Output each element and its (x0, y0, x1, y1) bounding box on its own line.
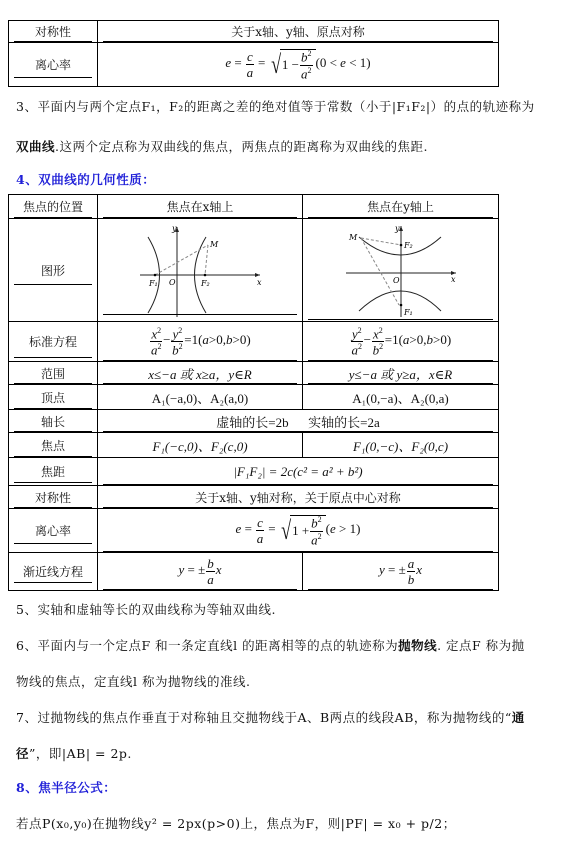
header-foci-on-x: 焦点在x轴上 (98, 195, 303, 219)
label-asymptote: 渐近线方程 (9, 553, 98, 591)
asymptote-y: y = ±abx (303, 553, 499, 591)
foci-y: F₁(0,−c)、F₂(0,c) (303, 433, 499, 458)
label-axis-length: 轴长 (9, 410, 98, 433)
label-standard-equation: 标准方程 (9, 322, 98, 362)
graph-y-cell: y x O F₂ F₁ M (303, 219, 499, 322)
header-focus-position: 焦点的位置 (9, 195, 98, 219)
range-x: x≤−a 或 x≥a，y∈R (98, 362, 303, 385)
svg-text:M: M (209, 240, 219, 249)
asymptote-x: y = ±bax (98, 553, 303, 591)
svg-text:F₂: F₂ (200, 279, 210, 288)
svg-text:y: y (171, 224, 177, 233)
symmetry-value: 关于x轴、y轴对称，关于原点中心对称 (98, 486, 499, 509)
svg-text:O: O (169, 278, 176, 287)
label-range: 范围 (9, 362, 98, 385)
svg-text:F₁: F₁ (148, 279, 158, 288)
std-eq-x: x2a2−y2b2=1(a>0,b>0) (98, 322, 303, 362)
paragraph-7-line-2: 径”，即|AB| = 2p. (16, 744, 132, 762)
label-symmetry-hyperbola: 对称性 (9, 486, 98, 509)
ellipse-properties-table-tail: 对称性 关于x轴、y轴、原点对称 离心率 e = ca = √1 − b2a2(… (8, 20, 499, 87)
label-eccentricity-hyperbola: 离心率 (9, 509, 98, 553)
svg-text:O: O (393, 276, 400, 285)
focal-distance-value: |F₁F₂| = 2c(c² = a² + b²) (98, 458, 499, 486)
header-foci-on-y: 焦点在y轴上 (303, 195, 499, 219)
section-8-title: 8、焦半径公式： (16, 778, 116, 796)
paragraph-8: 若点P(x₀,y₀)在抛物线y² = 2px(p>0)上，焦点为F，则|PF| … (16, 814, 456, 832)
svg-text:F₁: F₁ (403, 308, 413, 317)
eccentricity-value: e = ca = √1 + b2a2(e > 1) (98, 509, 499, 553)
paragraph-3-line-2: 双曲线.这两个定点称为双曲线的焦点，两焦点的距离称为双曲线的焦距. (16, 137, 428, 155)
paragraph-5: 5、实轴和虚轴等长的双曲线称为等轴双曲线. (16, 600, 276, 618)
svg-text:x: x (257, 278, 262, 287)
foci-x: F₁(−c,0)、F₂(c,0) (98, 433, 303, 458)
hyperbola-properties-table: 焦点的位置 焦点在x轴上 焦点在y轴上 图形 y x O F₁ F₂ M (8, 194, 499, 591)
label-graph: 图形 (9, 219, 98, 322)
svg-text:x: x (451, 275, 456, 284)
paragraph-6-line-2: 物线的焦点，定直线l 称为抛物线的准线. (16, 672, 250, 690)
vertices-y: A₁(0,−a)、A₂(0,a) (303, 385, 499, 410)
svg-text:y: y (394, 224, 400, 233)
paragraph-6-line-1: 6、平面内与一个定点F 和一条定直线l 的距离相等的点的轨迹称为抛物线. 定点F… (16, 636, 525, 654)
section-4-title: 4、双曲线的几何性质： (16, 170, 155, 188)
label-foci: 焦点 (9, 433, 98, 458)
value-eccentricity: e = ca = √1 − b2a2(0 < e < 1) (98, 43, 499, 87)
graph-x-cell: y x O F₁ F₂ M (98, 219, 303, 322)
label-eccentricity: 离心率 (9, 43, 98, 87)
label-focal-distance: 焦距 (9, 458, 98, 486)
label-symmetry: 对称性 (9, 21, 98, 43)
paragraph-7-line-1: 7、过抛物线的焦点作垂直于对称轴且交抛物线于A、B两点的线段AB，称为抛物线的“… (16, 708, 525, 726)
svg-text:M: M (348, 233, 358, 242)
svg-text:F₂: F₂ (403, 241, 413, 250)
range-y: y≤−a 或 y≥a，x∈R (303, 362, 499, 385)
paragraph-3-line-1: 3、平面内与两个定点F₁，F₂的距离之差的绝对值等于常数（小于|F₁F₂|）的点… (16, 97, 535, 115)
std-eq-y: y2a2−x2b2=1(a>0,b>0) (303, 322, 499, 362)
value-symmetry: 关于x轴、y轴、原点对称 (98, 21, 499, 43)
vertices-x: A₁(−a,0)、A₂(a,0) (98, 385, 303, 410)
hyperbola-x-foci-graph: y x O F₁ F₂ M (135, 223, 265, 318)
hyperbola-y-foci-graph: y x O F₂ F₁ M (341, 223, 461, 318)
label-vertices: 顶点 (9, 385, 98, 410)
eccentricity-formula: e = ca = √1 − b2a2(0 < e < 1) (225, 55, 370, 70)
axis-length-value: 虚轴的长=2b 实轴的长=2a (98, 410, 499, 433)
